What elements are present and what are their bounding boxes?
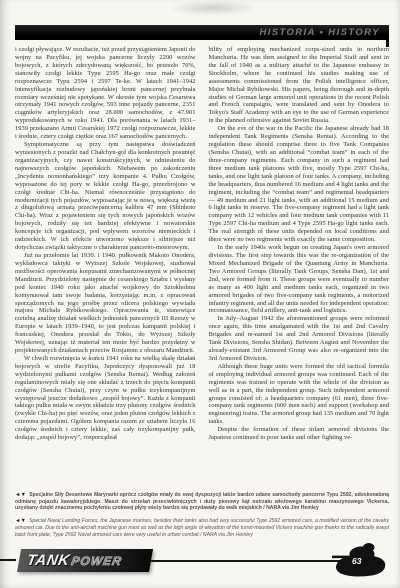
paragraph: i czołgi pływające. W rezultacie, tuż pr… bbox=[15, 46, 196, 141]
paragraph: On the eve of the war in the Pacific the… bbox=[209, 125, 390, 244]
paragraph: Although these huge units were formed th… bbox=[209, 363, 390, 426]
column-polish: i czołgi pływające. W rezultacie, tuż pr… bbox=[15, 46, 196, 442]
paragraph: Despite the formation of these infant ar… bbox=[209, 426, 390, 442]
caption-text: Special Naval Landing Forces, the Japane… bbox=[15, 518, 389, 537]
paragraph: Symptomatyczne są przy tym następstwa do… bbox=[15, 141, 196, 252]
footer-left-dash bbox=[0, 559, 16, 561]
tankpower-logo: TANKPOWER bbox=[17, 549, 153, 572]
paragraph: In July–August 1942 the aforementioned g… bbox=[209, 315, 390, 363]
logo-power-text: POWER bbox=[70, 554, 123, 568]
column-english: bility of employing mechanized corps-siz… bbox=[209, 46, 390, 442]
scan-artifact bbox=[168, 0, 258, 16]
paragraph: W chwili rozwinięcia w końcu 1941 roku n… bbox=[15, 355, 196, 442]
photo-pointer-icon: ◄▼ bbox=[15, 492, 26, 498]
paragraph: bility of employing mechanized corps-siz… bbox=[209, 46, 390, 125]
scanned-book-page: HISTORIA • HISTORY i czołgi pływające. W… bbox=[0, 0, 400, 588]
paragraph: Już na przełomie lat 1930. i 1940. pułko… bbox=[15, 252, 196, 355]
header-bar: HISTORIA • HISTORY bbox=[15, 25, 389, 40]
photo-captions: ◄▼Specjalne Siły Desantowe Marynarki opr… bbox=[15, 492, 389, 544]
caption-polish: ◄▼Specjalne Siły Desantowe Marynarki opr… bbox=[15, 492, 389, 512]
logo-tank-text: TANK bbox=[26, 552, 72, 569]
paragraph: In the early 1940s work begun on creatin… bbox=[209, 244, 390, 315]
page-number: 63 bbox=[352, 556, 361, 566]
photo-pointer-icon: ◄▼ bbox=[15, 518, 26, 524]
caption-text: Specjalne Siły Desantowe Marynarki opróc… bbox=[15, 492, 389, 511]
footer-rule bbox=[146, 560, 346, 562]
text-columns: i czołgi pływające. W rezultacie, tuż pr… bbox=[15, 46, 389, 442]
caption-english: ◄▼Special Naval Landing Forces, the Japa… bbox=[15, 518, 389, 538]
page-title: HISTORIA • HISTORY bbox=[259, 27, 380, 38]
